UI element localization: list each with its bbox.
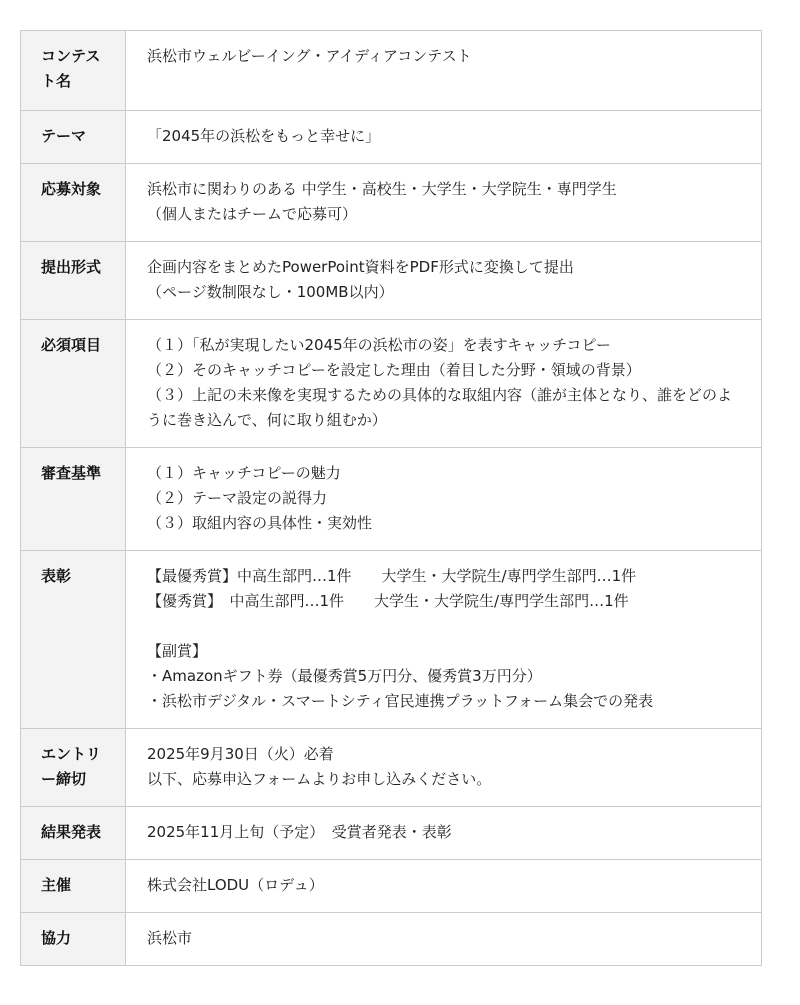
row-judging-criteria: 審査基準 （１）キャッチコピーの魅力 （２）テーマ設定の説得力 （３）取組内容の… xyxy=(21,448,762,551)
value-line: （３）取組内容の具体性・実効性 xyxy=(147,511,741,536)
row-value: 2025年9月30日（火）必着 以下、応募申込フォームよりお申し込みください。 xyxy=(126,729,762,807)
value-line: 以下、応募申込フォームよりお申し込みください。 xyxy=(147,767,741,792)
row-label: 応募対象 xyxy=(21,164,126,242)
row-contest-name: コンテスト名 浜松市ウェルビーイング・アイディアコンテスト xyxy=(21,31,762,111)
row-required-items: 必須項目 （１）「私が実現したい2045年の浜松市の姿」を表すキャッチコピー （… xyxy=(21,320,762,448)
row-submission-format: 提出形式 企画内容をまとめたPowerPoint資料をPDF形式に変換して提出 … xyxy=(21,242,762,320)
row-label: コンテスト名 xyxy=(21,31,126,111)
row-label: 必須項目 xyxy=(21,320,126,448)
row-label: エントリー締切 xyxy=(21,729,126,807)
row-value: （１）「私が実現したい2045年の浜松市の姿」を表すキャッチコピー （２）そのキ… xyxy=(126,320,762,448)
value-line: 浜松市 xyxy=(147,926,741,951)
contest-info-table: コンテスト名 浜松市ウェルビーイング・アイディアコンテスト テーマ 「2045年… xyxy=(20,30,762,966)
row-label: テーマ xyxy=(21,111,126,164)
row-entry-deadline: エントリー締切 2025年9月30日（火）必着 以下、応募申込フォームよりお申し… xyxy=(21,729,762,807)
row-value: 株式会社LODU（ロデュ） xyxy=(126,860,762,913)
row-cooperation: 協力 浜松市 xyxy=(21,913,762,966)
row-awards: 表彰 【最優秀賞】中高生部門…1件 大学生・大学院生/専門学生部門…1件 【優秀… xyxy=(21,551,762,729)
row-label: 提出形式 xyxy=(21,242,126,320)
row-organizer: 主催 株式会社LODU（ロデュ） xyxy=(21,860,762,913)
value-line-blank: ​ xyxy=(147,614,741,639)
value-line: 【最優秀賞】中高生部門…1件 大学生・大学院生/専門学生部門…1件 xyxy=(147,564,741,589)
row-value: 浜松市ウェルビーイング・アイディアコンテスト xyxy=(126,31,762,111)
row-value: （１）キャッチコピーの魅力 （２）テーマ設定の説得力 （３）取組内容の具体性・実… xyxy=(126,448,762,551)
contest-info-body: コンテスト名 浜松市ウェルビーイング・アイディアコンテスト テーマ 「2045年… xyxy=(21,31,762,966)
row-value: 浜松市に関わりのある 中学生・高校生・大学生・大学院生・専門学生 （個人またはチ… xyxy=(126,164,762,242)
value-line: 【副賞】 xyxy=(147,639,741,664)
row-value: 浜松市 xyxy=(126,913,762,966)
value-line: 株式会社LODU（ロデュ） xyxy=(147,873,741,898)
row-value: 「2045年の浜松をもっと幸せに」 xyxy=(126,111,762,164)
row-theme: テーマ 「2045年の浜松をもっと幸せに」 xyxy=(21,111,762,164)
value-line: 浜松市ウェルビーイング・アイディアコンテスト xyxy=(147,44,741,69)
value-line: （個人またはチームで応募可） xyxy=(147,202,741,227)
value-line: 2025年11月上旬（予定） 受賞者発表・表彰 xyxy=(147,820,741,845)
value-line: ・浜松市デジタル・スマートシティ官民連携プラットフォーム集会での発表 xyxy=(147,689,741,714)
row-label: 結果発表 xyxy=(21,807,126,860)
row-label: 審査基準 xyxy=(21,448,126,551)
value-line: 浜松市に関わりのある 中学生・高校生・大学生・大学院生・専門学生 xyxy=(147,177,741,202)
value-line: （３）上記の未来像を実現するための具体的な取組内容（誰が主体となり、誰をどのよう… xyxy=(147,383,741,433)
value-line: （１）「私が実現したい2045年の浜松市の姿」を表すキャッチコピー xyxy=(147,333,741,358)
value-line: （２）そのキャッチコピーを設定した理由（着目した分野・領域の背景） xyxy=(147,358,741,383)
value-line: （１）キャッチコピーの魅力 xyxy=(147,461,741,486)
value-line: 【優秀賞】 中高生部門…1件 大学生・大学院生/専門学生部門…1件 xyxy=(147,589,741,614)
value-line: 企画内容をまとめたPowerPoint資料をPDF形式に変換して提出 xyxy=(147,255,741,280)
row-label: 協力 xyxy=(21,913,126,966)
value-line: 2025年9月30日（火）必着 xyxy=(147,742,741,767)
row-eligibility: 応募対象 浜松市に関わりのある 中学生・高校生・大学生・大学院生・専門学生 （個… xyxy=(21,164,762,242)
row-value: 2025年11月上旬（予定） 受賞者発表・表彰 xyxy=(126,807,762,860)
row-results: 結果発表 2025年11月上旬（予定） 受賞者発表・表彰 xyxy=(21,807,762,860)
value-line: 「2045年の浜松をもっと幸せに」 xyxy=(147,124,741,149)
value-line: （ページ数制限なし・100MB以内） xyxy=(147,280,741,305)
row-label: 主催 xyxy=(21,860,126,913)
row-label: 表彰 xyxy=(21,551,126,729)
value-line: （２）テーマ設定の説得力 xyxy=(147,486,741,511)
row-value: 企画内容をまとめたPowerPoint資料をPDF形式に変換して提出 （ページ数… xyxy=(126,242,762,320)
row-value: 【最優秀賞】中高生部門…1件 大学生・大学院生/専門学生部門…1件 【優秀賞】 … xyxy=(126,551,762,729)
value-line: ・Amazonギフト券（最優秀賞5万円分、優秀賞3万円分） xyxy=(147,664,741,689)
